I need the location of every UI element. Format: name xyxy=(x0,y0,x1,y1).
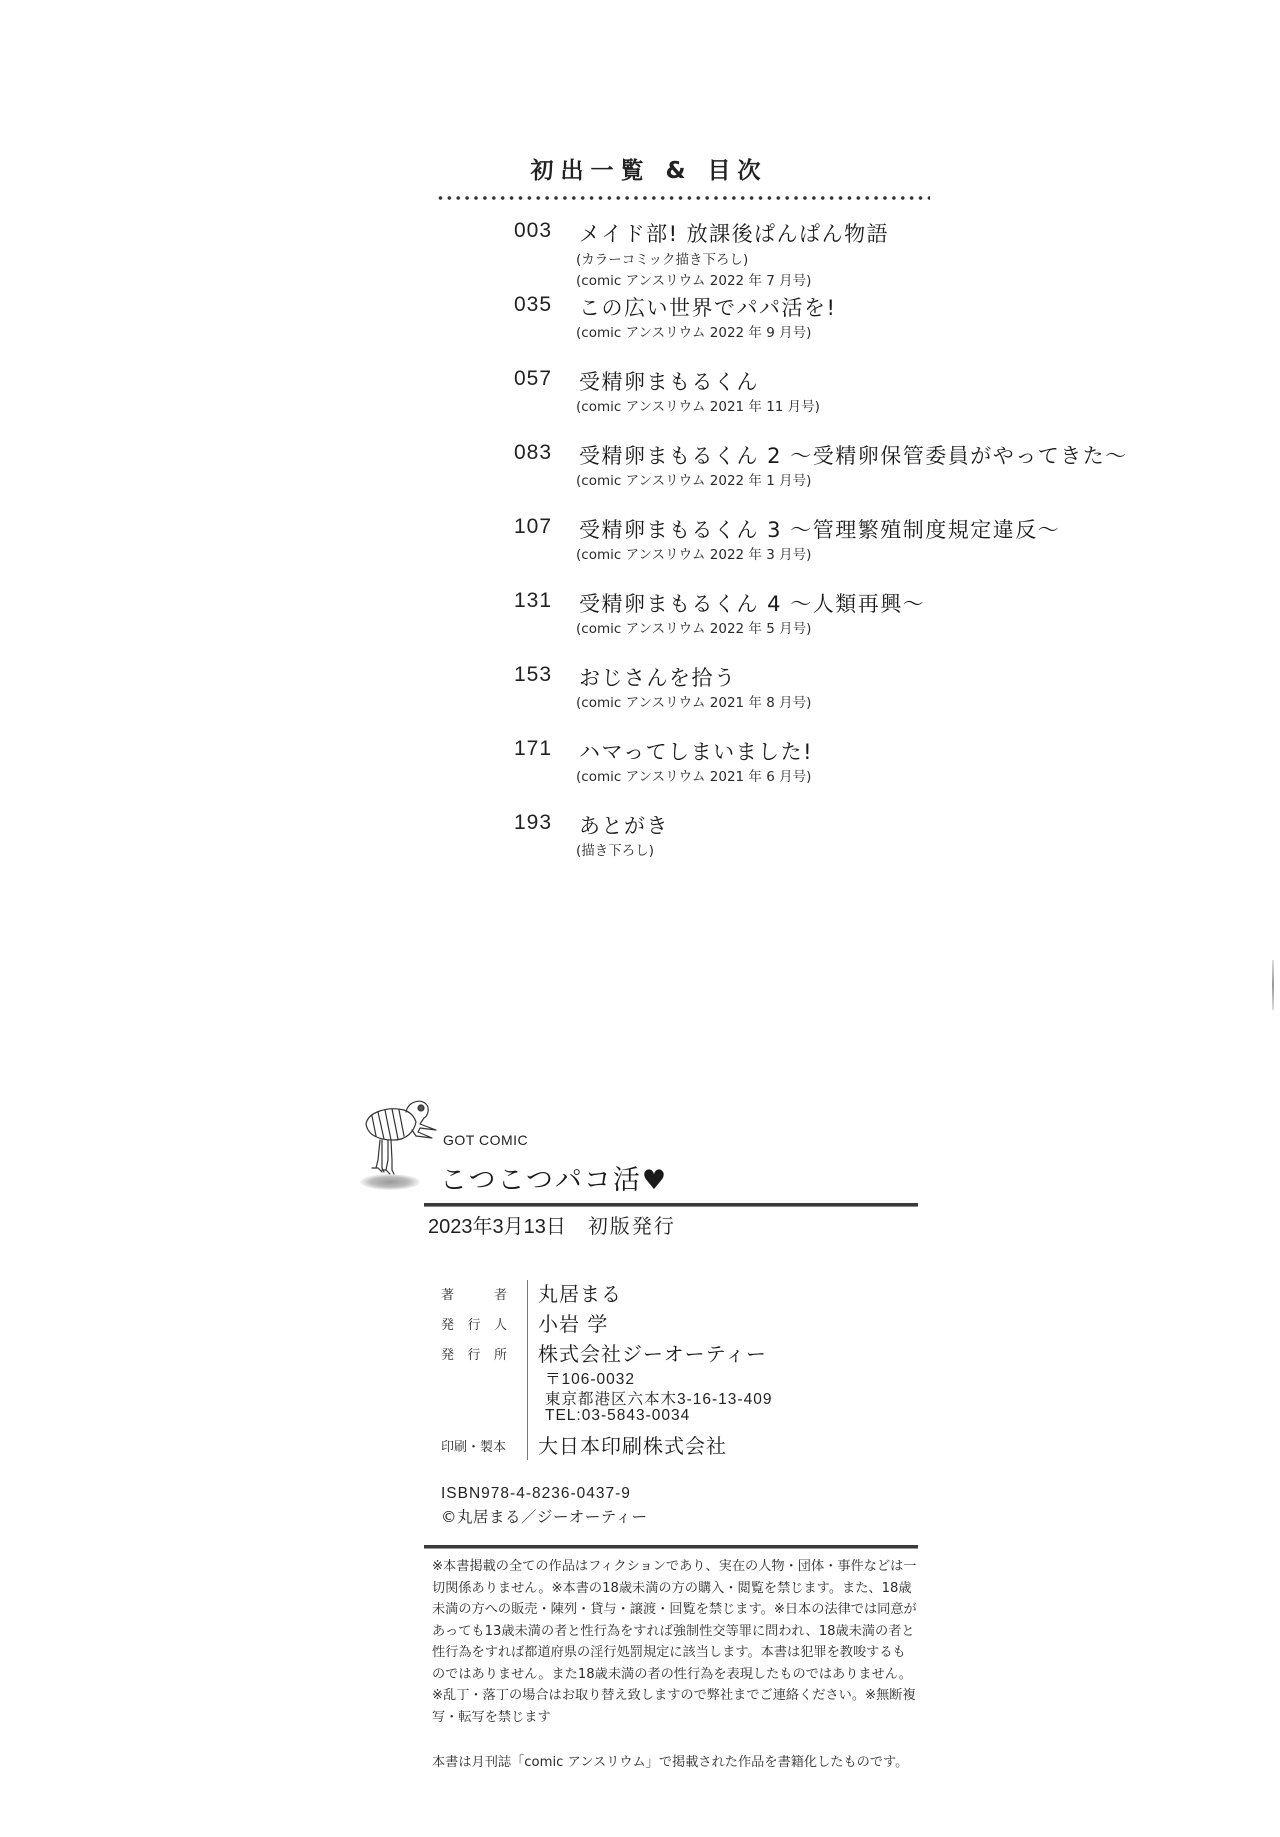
book-title: こつこつパコ活♥ xyxy=(440,1158,668,1197)
story-title: 受精卵まもるくん 3 ～管理繁殖制度規定違反～ xyxy=(579,514,1060,544)
story-source: (comic アンスリウム 2022 年 1 月号) xyxy=(576,469,811,489)
page-number: 083 xyxy=(514,441,552,465)
story-source: (comic アンスリウム 2021 年 6 月号) xyxy=(576,765,811,785)
story-title: あとがき xyxy=(579,810,669,840)
story-note: (描き下ろし) xyxy=(576,839,654,859)
credit-publisher: 発 行 所 株式会社ジーオーティー 〒106-0032 東京都港区六本木3-16… xyxy=(441,1338,841,1430)
story-title: 受精卵まもるくん xyxy=(579,366,759,396)
publisher-person-name: 小岩 学 xyxy=(538,1308,608,1337)
page-number: 131 xyxy=(514,589,552,613)
page-number: 107 xyxy=(514,515,552,539)
telephone: TEL:03-5843-0034 xyxy=(545,1407,690,1425)
scan-edge-mark xyxy=(1272,960,1274,1010)
toc-heading: 初出一覧 & 目次 xyxy=(0,152,1280,185)
postal-code: 〒106-0032 xyxy=(545,1367,635,1389)
story-source: (comic アンスリウム 2021 年 11 月号) xyxy=(576,395,820,415)
story-note: (カラーコミック描き下ろし) xyxy=(576,248,748,268)
page-number: 171 xyxy=(514,737,552,761)
street-address: 東京都港区六本木3-16-13-409 xyxy=(545,1387,772,1409)
disclaimer-rule xyxy=(424,1545,918,1549)
dotted-divider xyxy=(436,195,930,201)
credits-block: 著 者 丸居まる 発 行 人 小岩 学 発 行 所 株式会社ジーオーティー 〒1… xyxy=(441,1278,841,1460)
copyright: ©丸居まる／ジーオーティー xyxy=(441,1505,647,1527)
credit-label: 印刷・製本 xyxy=(441,1436,507,1455)
credit-publisher-person: 発 行 人 小岩 学 xyxy=(441,1308,841,1338)
legal-disclaimer: ※本書掲載の全ての作品はフィクションであり、実在の人物・団体・事件などは一切関係… xyxy=(432,1556,918,1728)
story-source: (comic アンスリウム 2022 年 3 月号) xyxy=(576,543,811,563)
imprint-label: GOT COMIC xyxy=(443,1132,528,1148)
edition-line: 2023年3月13日初版発行 xyxy=(428,1210,676,1239)
credit-label: 発 行 人 xyxy=(441,1314,507,1333)
credit-author: 著 者 丸居まる xyxy=(441,1278,841,1308)
story-title: 受精卵まもるくん 2 ～受精卵保管委員がやってきた～ xyxy=(579,440,1128,470)
story-source: (comic アンスリウム 2021 年 8 月号) xyxy=(576,691,811,711)
edition-label: 初版発行 xyxy=(588,1214,676,1238)
credit-label: 発 行 所 xyxy=(441,1344,507,1363)
story-title: おじさんを拾う xyxy=(579,662,737,692)
book-title-text: こつこつパコ活 xyxy=(440,1165,642,1196)
title-rule xyxy=(424,1203,918,1207)
story-source: (comic アンスリウム 2022 年 5 月号) xyxy=(576,617,811,637)
page-number: 193 xyxy=(514,811,552,835)
heart-icon: ♥ xyxy=(642,1165,668,1196)
story-source: (comic アンスリウム 2022 年 9 月号) xyxy=(576,321,811,341)
page-number: 057 xyxy=(514,367,552,391)
story-title: この広い世界でパパ活を! xyxy=(579,292,836,322)
publication-date: 2023年3月13日 xyxy=(428,1216,566,1238)
story-title: ハマってしまいました! xyxy=(579,736,813,766)
printer-name: 大日本印刷株式会社 xyxy=(538,1430,727,1459)
page-number: 035 xyxy=(514,293,552,317)
publisher-company: 株式会社ジーオーティー xyxy=(538,1338,767,1367)
credit-printer: 印刷・製本 大日本印刷株式会社 xyxy=(441,1430,841,1460)
page-number: 153 xyxy=(514,663,552,687)
story-title: 受精卵まもるくん 4 ～人類再興～ xyxy=(579,588,925,618)
author-name: 丸居まる xyxy=(538,1278,622,1307)
page-number: 003 xyxy=(514,219,552,243)
story-title: メイド部! 放課後ぱんぱん物語 xyxy=(579,218,889,248)
bird-logo-icon xyxy=(358,1094,446,1182)
logo-shadow xyxy=(360,1174,420,1190)
credit-label: 著 者 xyxy=(441,1284,507,1303)
isbn: ISBN978-4-8236-0437-9 xyxy=(441,1485,631,1503)
publication-note: 本書は月刊誌「comic アンスリウム」で掲載された作品を書籍化したものです。 xyxy=(432,1751,908,1770)
story-source: (comic アンスリウム 2022 年 7 月号) xyxy=(576,269,811,289)
